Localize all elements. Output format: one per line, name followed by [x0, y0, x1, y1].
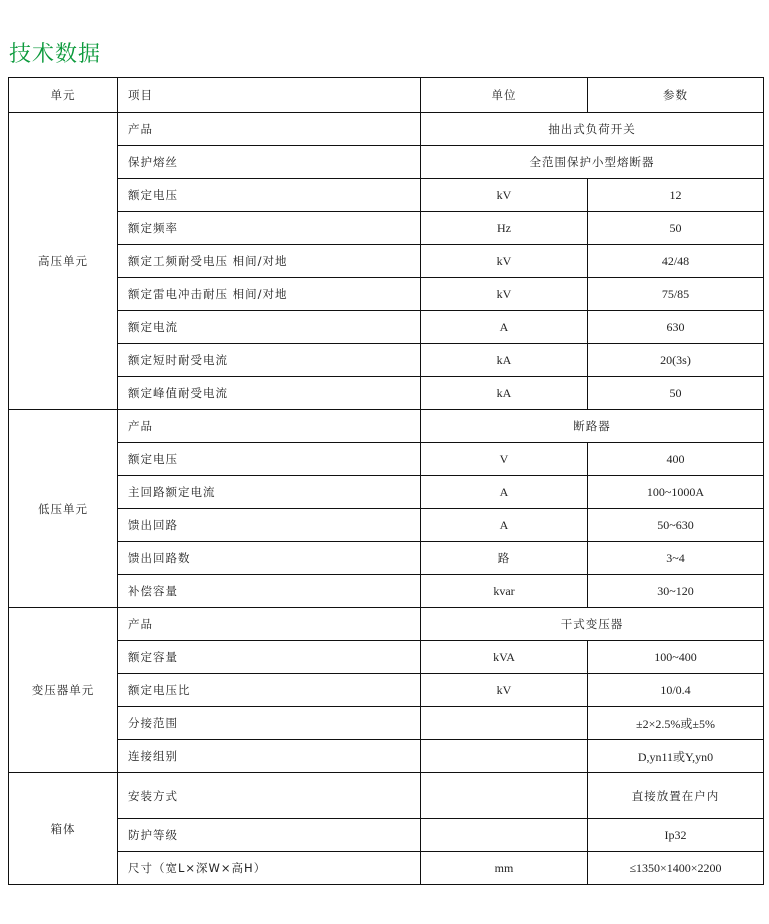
table-row: 高压单元 产品 抽出式负荷开关	[9, 113, 764, 146]
row-value: 100~1000A	[588, 476, 764, 509]
row-uom: V	[421, 443, 588, 476]
table-row: 额定工频耐受电压 相间/对地 kV 42/48	[9, 245, 764, 278]
row-item: 产品	[118, 113, 421, 146]
table-row: 馈出回路 A 50~630	[9, 509, 764, 542]
row-uom: kA	[421, 377, 588, 410]
row-item: 产品	[118, 410, 421, 443]
table-row: 箱体 安装方式 直接放置在户内	[9, 773, 764, 819]
row-uom: kV	[421, 179, 588, 212]
row-item: 主回路额定电流	[118, 476, 421, 509]
row-value: 断路器	[421, 410, 764, 443]
row-value: 抽出式负荷开关	[421, 113, 764, 146]
row-item: 额定短时耐受电流	[118, 344, 421, 377]
row-uom	[421, 707, 588, 740]
row-value: 50~630	[588, 509, 764, 542]
row-item: 额定电压	[118, 179, 421, 212]
row-value: ±2×2.5%或±5%	[588, 707, 764, 740]
table-row: 馈出回路数 路 3~4	[9, 542, 764, 575]
row-uom: kA	[421, 344, 588, 377]
header-item: 项目	[118, 78, 421, 113]
table-row: 连接组别 D,yn11或Y,yn0	[9, 740, 764, 773]
row-uom: mm	[421, 852, 588, 885]
row-value: 50	[588, 377, 764, 410]
table-row: 低压单元 产品 断路器	[9, 410, 764, 443]
row-value: 30~120	[588, 575, 764, 608]
section-unit-label: 箱体	[9, 773, 118, 885]
table-header-row: 单元 项目 单位 参数	[9, 78, 764, 113]
row-item: 额定电压比	[118, 674, 421, 707]
table-row: 额定电压 V 400	[9, 443, 764, 476]
row-uom	[421, 819, 588, 852]
table-row: 保护熔丝 全范围保护小型熔断器	[9, 146, 764, 179]
row-uom: A	[421, 509, 588, 542]
row-value: 全范围保护小型熔断器	[421, 146, 764, 179]
row-value: 100~400	[588, 641, 764, 674]
row-uom: kV	[421, 674, 588, 707]
row-item: 连接组别	[118, 740, 421, 773]
page-title: 技术数据	[9, 37, 101, 68]
row-item: 尺寸（宽L×深W×高H）	[118, 852, 421, 885]
header-unit: 单元	[9, 78, 118, 113]
row-item: 额定电流	[118, 311, 421, 344]
header-value: 参数	[588, 78, 764, 113]
row-uom: A	[421, 476, 588, 509]
section-unit-label: 高压单元	[9, 113, 118, 410]
row-value: 干式变压器	[421, 608, 764, 641]
row-value: 20(3s)	[588, 344, 764, 377]
row-item: 馈出回路	[118, 509, 421, 542]
table-row: 额定雷电冲击耐压 相间/对地 kV 75/85	[9, 278, 764, 311]
row-item: 产品	[118, 608, 421, 641]
row-uom: A	[421, 311, 588, 344]
row-item: 额定雷电冲击耐压 相间/对地	[118, 278, 421, 311]
table-row: 额定电流 A 630	[9, 311, 764, 344]
row-value: 50	[588, 212, 764, 245]
table-row: 额定电压 kV 12	[9, 179, 764, 212]
table-row: 补偿容量 kvar 30~120	[9, 575, 764, 608]
row-uom: 路	[421, 542, 588, 575]
table-row: 尺寸（宽L×深W×高H） mm ≤1350×1400×2200	[9, 852, 764, 885]
row-item: 保护熔丝	[118, 146, 421, 179]
table-row: 变压器单元 产品 干式变压器	[9, 608, 764, 641]
row-value: 直接放置在户内	[588, 773, 764, 819]
table-row: 额定容量 kVA 100~400	[9, 641, 764, 674]
row-item: 安装方式	[118, 773, 421, 819]
table-row: 分接范围 ±2×2.5%或±5%	[9, 707, 764, 740]
row-uom: Hz	[421, 212, 588, 245]
row-value: ≤1350×1400×2200	[588, 852, 764, 885]
spec-table: 单元 项目 单位 参数 高压单元 产品 抽出式负荷开关 保护熔丝 全范围保护小型…	[8, 77, 764, 885]
row-item: 防护等级	[118, 819, 421, 852]
row-item: 额定峰值耐受电流	[118, 377, 421, 410]
row-value: D,yn11或Y,yn0	[588, 740, 764, 773]
row-item: 分接范围	[118, 707, 421, 740]
row-item: 馈出回路数	[118, 542, 421, 575]
section-unit-label: 变压器单元	[9, 608, 118, 773]
row-value: 75/85	[588, 278, 764, 311]
row-item: 额定频率	[118, 212, 421, 245]
row-value: 3~4	[588, 542, 764, 575]
row-uom	[421, 773, 588, 819]
header-uom: 单位	[421, 78, 588, 113]
row-item: 额定容量	[118, 641, 421, 674]
row-item: 额定电压	[118, 443, 421, 476]
row-item: 补偿容量	[118, 575, 421, 608]
row-uom: kV	[421, 278, 588, 311]
table-row: 额定峰值耐受电流 kA 50	[9, 377, 764, 410]
row-value: 42/48	[588, 245, 764, 278]
row-uom: kV	[421, 245, 588, 278]
row-uom: kVA	[421, 641, 588, 674]
table-row: 主回路额定电流 A 100~1000A	[9, 476, 764, 509]
row-value: 12	[588, 179, 764, 212]
table-row: 额定频率 Hz 50	[9, 212, 764, 245]
section-unit-label: 低压单元	[9, 410, 118, 608]
row-uom	[421, 740, 588, 773]
row-value: Ip32	[588, 819, 764, 852]
row-value: 630	[588, 311, 764, 344]
row-value: 10/0.4	[588, 674, 764, 707]
table-row: 额定电压比 kV 10/0.4	[9, 674, 764, 707]
row-item: 额定工频耐受电压 相间/对地	[118, 245, 421, 278]
row-value: 400	[588, 443, 764, 476]
row-uom: kvar	[421, 575, 588, 608]
table-row: 额定短时耐受电流 kA 20(3s)	[9, 344, 764, 377]
table-row: 防护等级 Ip32	[9, 819, 764, 852]
